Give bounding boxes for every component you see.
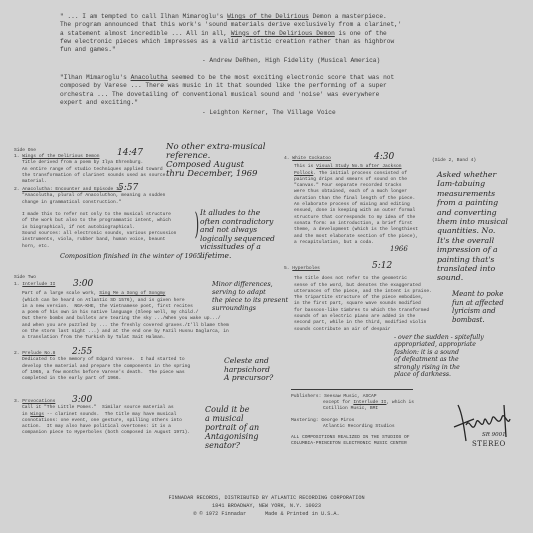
stereo-label: STEREO: [472, 441, 506, 448]
track-duration: 5:12: [372, 261, 392, 271]
credits-publisher-bmi: Cotillion Music, BMI: [323, 406, 378, 412]
credit-value: George Piros: [321, 418, 354, 423]
handwritten-note-anacolutha: It alludes to the often contradictory an…: [200, 209, 275, 261]
side-one-label: Side One: [14, 148, 36, 153]
credits-realized: ALL COMPOSITIONS REALIZED IN THE STUDIOS…: [291, 435, 410, 448]
track-title: Prelude No.8: [22, 351, 55, 356]
credit-track-title: Interlude II: [353, 400, 386, 405]
track-number: 2.: [14, 351, 20, 356]
track-duration: 3:00: [73, 279, 93, 289]
quote-text: "Ilhan Mimaroglu's: [60, 74, 131, 81]
track-reference-title: Sing Me a Song of Songmy: [99, 291, 165, 296]
track-description: . The initial process consisted of paint…: [294, 171, 418, 245]
quote-title-wings-full: Wings of the Delirious Demon: [231, 30, 335, 37]
footer-copyright: ℗ © 1972 Finnadar Made & Printed in U.S.…: [0, 511, 533, 519]
handwritten-note-wings: No other extra-musical reference. Compos…: [166, 143, 265, 179]
credit-value: Seesaw Music, ASCAP: [324, 394, 376, 399]
track-white-cockatoo: 4. White Cockatoo This is Visual Study N…: [284, 156, 449, 246]
credit-label: Mastering:: [291, 418, 319, 423]
footer-address: 1841 BROADWAY, NEW YORK, N.Y. 10023: [0, 503, 533, 511]
track-hyperboles: 5. Hyperboles The title does not refer t…: [284, 266, 449, 333]
track-description: This is: [294, 164, 316, 169]
handwritten-note-prelude: Celeste and harpsichord A precursor?: [224, 357, 273, 383]
track-duration: 4:30: [374, 152, 394, 162]
handwritten-year-note: 1966: [390, 246, 408, 253]
brace-mark: ): [195, 207, 200, 242]
track-description: -- clarinet sounds. The title may have m…: [22, 412, 190, 436]
track-title: Wings of the Delirious Demon: [22, 154, 99, 159]
quote-title-anacolutha: Anacolutha: [131, 74, 168, 81]
track-title: Interlude II: [22, 282, 55, 287]
track-description: (which can be heard on Atlantic SD 1576)…: [22, 298, 229, 341]
track-number: 5.: [284, 266, 290, 271]
track-number: 3.: [14, 399, 20, 404]
made-in-usa: Made & Printed in U.S.A.: [246, 511, 339, 517]
track-reference-title: Wings: [30, 412, 44, 417]
footer-distributor: FINNADAR RECORDS, DISTRIBUTED BY ATLANTI…: [0, 495, 533, 503]
review-quote-high-fidelity: " ... I am tempted to call Ilhan Mimarog…: [60, 13, 480, 54]
catalog-number: SR 9001: [482, 433, 506, 439]
credit-label: Publishers:: [291, 394, 321, 399]
credits-mastering-studio: Atlantic Recording Studios: [323, 424, 395, 430]
track-title: Hyperboles: [292, 266, 320, 271]
track-duration: 5:57: [118, 183, 138, 193]
quote-text: " ... I am tempted to call Ilhan Mimarog…: [60, 13, 227, 20]
track-description: Part of a large scale work,: [22, 291, 99, 296]
track-title: Anacolutha: Encounter and Episode II: [22, 187, 121, 192]
handwritten-note-provocations: Could it be a musical portrait of an Ant…: [205, 405, 259, 450]
track-anacolutha: 2. Anacolutha: Encounter and Episode II …: [14, 187, 214, 250]
side-band-note: (Side 2, Band 4): [432, 158, 476, 163]
track-title: White Cockatoo: [292, 156, 331, 161]
side-two-label: Side Two: [14, 275, 36, 280]
track-number: 2.: [14, 187, 20, 192]
track-description: The title does not refer to the geometri…: [294, 276, 449, 333]
track-duration: 14:47: [117, 148, 143, 158]
handwritten-note-anacolutha-composed: Composition finished in the winter of 19…: [60, 253, 203, 260]
divider-rule: [291, 389, 413, 390]
credit-value: except for: [323, 400, 353, 405]
track-description: "Anacolutha, plural of Anacoluthon, mean…: [22, 193, 214, 250]
track-number: 4.: [284, 156, 290, 161]
track-duration: 3:00: [72, 395, 92, 405]
track-duration: 2:55: [72, 347, 92, 357]
credit-value: , which is: [386, 400, 414, 405]
handwritten-note-hyperboles: Meant to poke fun at affected lyricism a…: [452, 290, 504, 324]
quote-attribution-derhen: - Andrew DeRhen, High Fidelity (Musical …: [202, 57, 380, 64]
track-title: Provocations: [22, 399, 55, 404]
copyright-symbols: ℗ ©: [193, 511, 202, 517]
copyright-year: 1972 Finnadar: [203, 511, 247, 517]
quote-title-wings: Wings of the Delirious: [227, 13, 309, 20]
track-number: 1.: [14, 282, 20, 287]
handwritten-note-interlude: Minor differences, serving to adapt the …: [212, 280, 288, 312]
quote-attribution-kerner: - Leighton Kerner, The Village Voice: [202, 109, 336, 116]
review-quote-village-voice: "Ilhan Mimaroglu's Anacolutha seemed to …: [60, 74, 480, 107]
handwritten-note-hyperboles-despair: - over the sudden - spitefully appropria…: [394, 334, 484, 378]
finnadar-logo: SR 9001 STEREO: [452, 397, 522, 457]
track-number: 1.: [14, 154, 20, 159]
